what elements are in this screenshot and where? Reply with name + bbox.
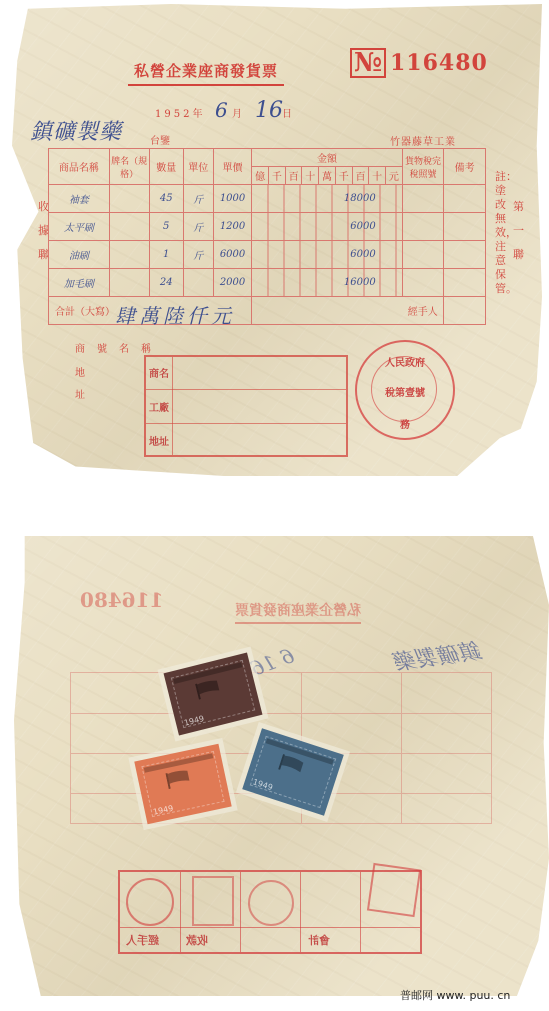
cell-remarks bbox=[444, 241, 486, 269]
watermark: 普邮网 www. puu. cn bbox=[400, 987, 510, 1003]
chop-factory-label: 工廠 bbox=[149, 399, 169, 414]
chop-name-label: 商名 bbox=[149, 365, 169, 380]
industry-label: 竹器藤草工業 bbox=[390, 133, 456, 148]
cell-qty: 5 bbox=[149, 213, 183, 241]
invoice-title: 私營企業座商發貨票 bbox=[128, 60, 284, 86]
digit-header: 百 bbox=[352, 167, 369, 185]
header-unit: 單位 bbox=[183, 149, 213, 185]
number-sign: № bbox=[350, 48, 386, 78]
cell-unit-price: 6000 bbox=[213, 241, 251, 269]
cell-amount: 18000 bbox=[252, 185, 402, 213]
cell-unit: 斤 bbox=[183, 185, 213, 213]
cell-unit-price: 1000 bbox=[213, 185, 251, 213]
round-seal bbox=[126, 878, 174, 926]
day-label: 日 bbox=[282, 105, 292, 120]
header-unit-price: 單價 bbox=[213, 149, 251, 185]
cell-unit-price: 2000 bbox=[213, 269, 251, 297]
cell-spec bbox=[109, 213, 149, 241]
seal-middle-text: 稅第壹號 bbox=[357, 384, 453, 399]
header-tax: 貨物稅完稅照號 bbox=[402, 149, 444, 185]
digit-header: 百 bbox=[285, 167, 302, 185]
digit-header: 千 bbox=[268, 167, 285, 185]
cell-spec bbox=[109, 269, 149, 297]
cell-unit: 斤 bbox=[183, 213, 213, 241]
mirrored-title: 私營企業座商發貨票 bbox=[235, 600, 361, 624]
square-seal-2 bbox=[367, 863, 421, 917]
notice: 註：塗改無效，注意保管。 bbox=[495, 170, 507, 296]
handler-label: 經手人 bbox=[402, 297, 444, 325]
digit-header: 億 bbox=[252, 167, 269, 185]
cell-amount: 16000 bbox=[252, 269, 402, 297]
header-remarks: 備考 bbox=[444, 149, 486, 185]
digit-header: 十 bbox=[302, 167, 319, 185]
cell-tax bbox=[402, 213, 444, 241]
square-seal bbox=[192, 876, 234, 926]
back-chop-block: 經手人 收款 會計 bbox=[118, 870, 422, 954]
cell-item: 加毛刷 bbox=[49, 269, 110, 297]
cell-item: 袖套 bbox=[49, 185, 110, 213]
table-row: 太平刷5斤12006000 bbox=[49, 213, 486, 241]
mirrored-serial: 116480 bbox=[80, 588, 164, 612]
invoice-table: 商品名稱 牌名（規格） 數量 單位 單價 金額 貨物稅完稅照號 備考 億千百十萬… bbox=[48, 148, 486, 325]
cell-unit bbox=[183, 269, 213, 297]
month-label: 月 bbox=[232, 105, 242, 120]
header-item: 商品名稱 bbox=[49, 149, 110, 185]
round-seal-2 bbox=[248, 880, 294, 926]
digit-header: 元 bbox=[386, 167, 403, 185]
merchant-chop: 商名 工廠 地址 bbox=[144, 355, 348, 457]
total-amount-words: 肆萬陸仟元 bbox=[115, 300, 235, 329]
cell-amount: 6000 bbox=[252, 241, 402, 269]
back-chop-receipt: 收款 bbox=[186, 932, 208, 948]
cell-qty: 1 bbox=[149, 241, 183, 269]
merchant-name-label: 商號名稱 bbox=[75, 340, 163, 355]
back-chop-handler: 經手人 bbox=[126, 932, 159, 948]
date-month: 6 bbox=[215, 98, 228, 122]
chop-address-label: 地址 bbox=[149, 433, 169, 448]
cell-unit-price: 1200 bbox=[213, 213, 251, 241]
buyer-name: 鎮礦製藥 bbox=[30, 115, 122, 146]
cell-qty: 24 bbox=[149, 269, 183, 297]
table-row: 油刷1斤60006000 bbox=[49, 241, 486, 269]
back-chop-accounting: 會計 bbox=[308, 932, 330, 948]
cell-spec bbox=[109, 241, 149, 269]
cell-remarks bbox=[444, 269, 486, 297]
table-row: 袖套45斤100018000 bbox=[49, 185, 486, 213]
cell-qty: 45 bbox=[149, 185, 183, 213]
cell-remarks bbox=[444, 213, 486, 241]
cell-tax bbox=[402, 241, 444, 269]
address-label: 地址 bbox=[75, 363, 89, 407]
buyer-salutation: 台鑒 bbox=[150, 132, 170, 147]
seal-bottom-text: 務 bbox=[357, 416, 453, 431]
cell-spec bbox=[109, 185, 149, 213]
header-amount: 金額 bbox=[252, 149, 402, 167]
seal-outer-text: 人民政府 bbox=[357, 354, 453, 369]
cell-item: 太平刷 bbox=[49, 213, 110, 241]
header-spec: 牌名（規格） bbox=[109, 149, 149, 185]
cell-remarks bbox=[444, 185, 486, 213]
tax-office-seal: 人民政府 稅第壹號 務 bbox=[355, 340, 455, 440]
table-row: 加毛刷24200016000 bbox=[49, 269, 486, 297]
cell-amount: 6000 bbox=[252, 213, 402, 241]
date-day: 16 bbox=[255, 98, 283, 123]
serial-number: 116480 bbox=[390, 50, 488, 76]
cell-unit: 斤 bbox=[183, 241, 213, 269]
cell-tax bbox=[402, 185, 444, 213]
cell-item: 油刷 bbox=[49, 241, 110, 269]
date-year: 1952年 bbox=[155, 105, 205, 120]
digit-header: 千 bbox=[335, 167, 352, 185]
header-qty: 數量 bbox=[149, 149, 183, 185]
cell-tax bbox=[402, 269, 444, 297]
digit-header: 十 bbox=[369, 167, 386, 185]
digit-header: 萬 bbox=[319, 167, 336, 185]
copy-number: 第一聯 bbox=[513, 195, 525, 267]
